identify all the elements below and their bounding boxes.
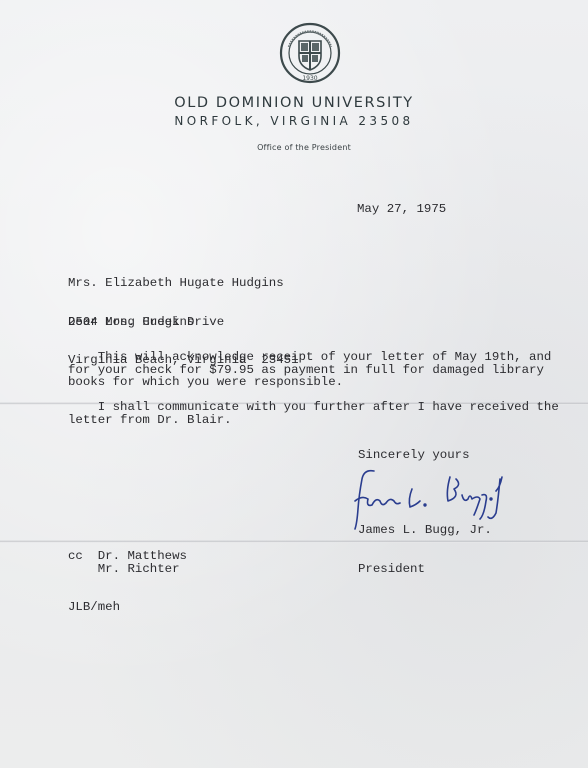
carbon-copy-list: cc Dr. Matthews Mr. Richter — [68, 550, 187, 575]
institution-name: OLD DOMINION UNIVERSITY — [0, 95, 588, 111]
salutation: Dear Mrs. Hudgins — [68, 316, 194, 329]
handwritten-signature-icon — [350, 465, 530, 533]
reference-initials: JLB/meh — [68, 601, 120, 614]
signer-title: President — [358, 563, 492, 576]
university-seal-icon: 1930 — [279, 22, 341, 84]
recipient-name: Mrs. Elizabeth Hugate Hudgins — [68, 277, 299, 290]
body-paragraph-2: I shall communicate with you further aft… — [68, 401, 559, 426]
svg-text:1930: 1930 — [302, 75, 317, 82]
office-name: Office of the President — [10, 143, 588, 152]
paper-fold-line — [0, 540, 588, 543]
institution-location: NORFOLK, VIRGINIA 23508 — [0, 114, 588, 128]
closing: Sincerely yours — [358, 449, 470, 462]
letter-date: May 27, 1975 — [357, 203, 446, 216]
body-paragraph-1: This will acknowledge receipt of your le… — [68, 351, 551, 389]
